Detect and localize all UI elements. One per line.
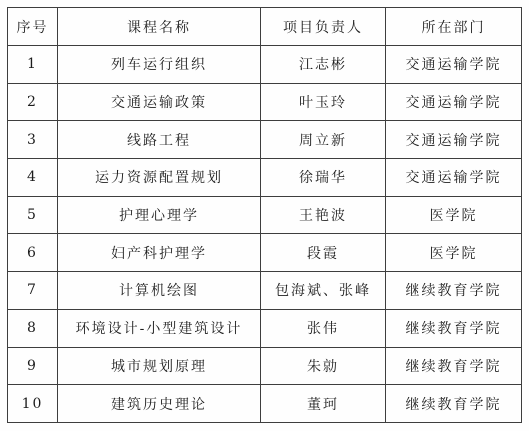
table-header-row: 序号课程名称项目负责人所在部门 [8,8,522,46]
cell-department: 交通运输学院 [386,159,522,197]
cell-course: 城市规划原理 [58,347,261,385]
cell-leader: 周立新 [261,121,386,159]
cell-leader: 张伟 [261,309,386,347]
document-page: 序号课程名称项目负责人所在部门 1列车运行组织江志彬交通运输学院2交通运输政策叶… [0,0,529,431]
cell-no: 2 [8,83,58,121]
cell-course: 妇产科护理学 [58,234,261,272]
cell-course: 列车运行组织 [58,46,261,84]
cell-leader: 段霞 [261,234,386,272]
table-row: 5护理心理学王艳波医学院 [8,196,522,234]
column-header: 课程名称 [58,8,261,46]
cell-leader: 江志彬 [261,46,386,84]
table-row: 2交通运输政策叶玉玲交通运输学院 [8,83,522,121]
cell-leader: 王艳波 [261,196,386,234]
cell-no: 8 [8,309,58,347]
cell-no: 7 [8,272,58,310]
cell-course: 运力资源配置规划 [58,159,261,197]
cell-department: 医学院 [386,234,522,272]
cell-no: 10 [8,385,58,423]
cell-no: 5 [8,196,58,234]
cell-course: 护理心理学 [58,196,261,234]
cell-leader: 徐瑞华 [261,159,386,197]
cell-department: 继续教育学院 [386,309,522,347]
table-row: 7计算机绘图包海斌、张峰继续教育学院 [8,272,522,310]
cell-leader: 朱勍 [261,347,386,385]
cell-course: 线路工程 [58,121,261,159]
table-row: 4运力资源配置规划徐瑞华交通运输学院 [8,159,522,197]
cell-department: 继续教育学院 [386,385,522,423]
table-row: 3线路工程周立新交通运输学院 [8,121,522,159]
table-row: 9城市规划原理朱勍继续教育学院 [8,347,522,385]
cell-department: 继续教育学院 [386,347,522,385]
cell-leader: 包海斌、张峰 [261,272,386,310]
cell-department: 交通运输学院 [386,83,522,121]
cell-no: 4 [8,159,58,197]
cell-no: 3 [8,121,58,159]
course-project-table: 序号课程名称项目负责人所在部门 1列车运行组织江志彬交通运输学院2交通运输政策叶… [7,7,522,423]
cell-department: 继续教育学院 [386,272,522,310]
cell-leader: 董珂 [261,385,386,423]
cell-department: 医学院 [386,196,522,234]
cell-department: 交通运输学院 [386,46,522,84]
cell-course: 建筑历史理论 [58,385,261,423]
cell-no: 9 [8,347,58,385]
table-row: 8环境设计-小型建筑设计张伟继续教育学院 [8,309,522,347]
cell-leader: 叶玉玲 [261,83,386,121]
column-header: 所在部门 [386,8,522,46]
table-row: 1列车运行组织江志彬交通运输学院 [8,46,522,84]
cell-no: 1 [8,46,58,84]
table-row: 10建筑历史理论董珂继续教育学院 [8,385,522,423]
cell-no: 6 [8,234,58,272]
cell-course: 交通运输政策 [58,83,261,121]
cell-course: 环境设计-小型建筑设计 [58,309,261,347]
table-row: 6妇产科护理学段霞医学院 [8,234,522,272]
column-header: 项目负责人 [261,8,386,46]
cell-course: 计算机绘图 [58,272,261,310]
cell-department: 交通运输学院 [386,121,522,159]
column-header: 序号 [8,8,58,46]
